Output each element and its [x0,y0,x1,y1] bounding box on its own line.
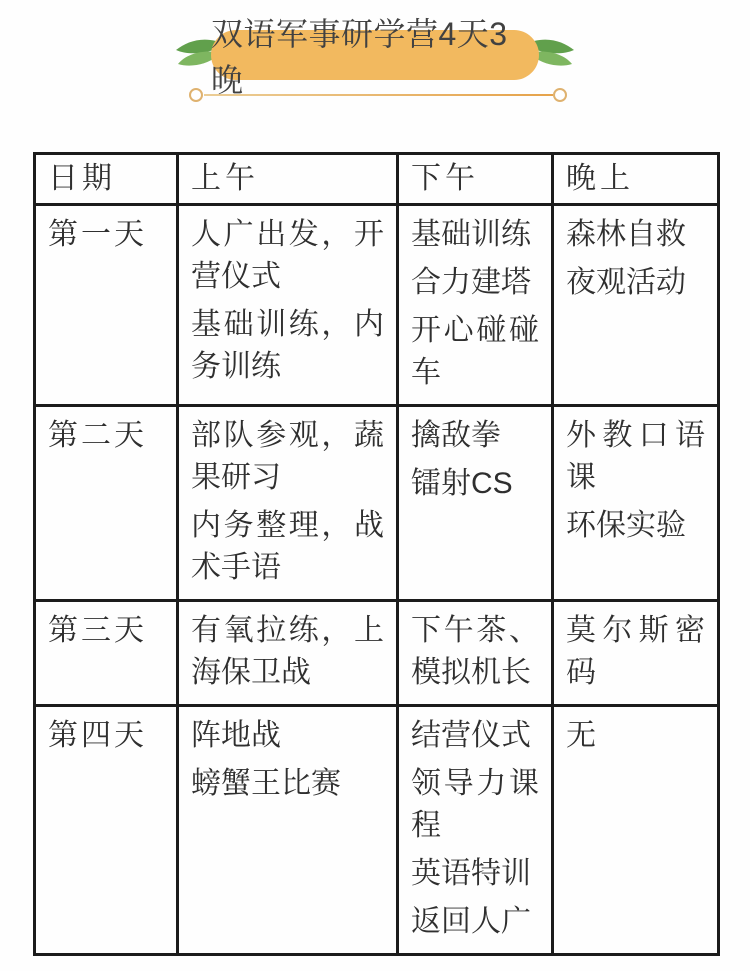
activity-item: 螃蟹王比赛 [191,763,384,805]
divider-ring-right-icon [553,88,567,102]
header-row: 日期 上午 下午 晚上 [35,154,719,205]
day-cell: 第一天 [35,205,178,406]
afternoon-cell: 下午茶、模拟机长 [398,601,553,706]
activity-item: 基础训练 [411,214,539,256]
afternoon-cell: 基础训练合力建塔开心碰碰车 [398,205,553,406]
activity-item: 下午茶、模拟机长 [411,610,539,694]
day-cell: 第三天 [35,601,178,706]
morning-cell: 人广出发，开营仪式基础训练，内务训练 [178,205,398,406]
title-banner: 双语军事研学营4天3晚 [0,0,750,152]
table-row: 第四天 阵地战螃蟹王比赛 结营仪式领导力课程英语特训返回人广 无 [35,706,719,955]
activity-item: 领导力课程 [411,763,539,847]
day-cell: 第二天 [35,406,178,601]
col-header-morning: 上午 [178,154,398,205]
evening-cell: 莫尔斯密码 [553,601,719,706]
leaf-icon [534,38,574,74]
activity-item: 返回人广 [411,901,539,943]
activity-item: 夜观活动 [566,262,705,304]
page-title: 双语军事研学营4天3晚 [211,9,539,101]
col-header-afternoon: 下午 [398,154,553,205]
activity-item: 内务整理，战术手语 [191,505,384,589]
table-row: 第三天 有氧拉练，上海保卫战 下午茶、模拟机长 莫尔斯密码 [35,601,719,706]
activity-item: 阵地战 [191,715,384,757]
activity-item: 森林自救 [566,214,705,256]
divider-ring-left-icon [189,88,203,102]
activity-item: 莫尔斯密码 [566,610,705,694]
leaf-icon [176,38,216,74]
morning-cell: 阵地战螃蟹王比赛 [178,706,398,955]
activity-item: 英语特训 [411,853,539,895]
evening-cell: 森林自救夜观活动 [553,205,719,406]
activity-item: 擒敌拳 [411,415,539,457]
activity-item: 部队参观，蔬果研习 [191,415,384,499]
schedule-table: 日期 上午 下午 晚上 第一天 人广出发，开营仪式基础训练，内务训练 基础训练合… [33,152,720,956]
morning-cell: 有氧拉练，上海保卫战 [178,601,398,706]
activity-item: 基础训练，内务训练 [191,304,384,388]
col-header-evening: 晚上 [553,154,719,205]
activity-item: 有氧拉练，上海保卫战 [191,610,384,694]
title-badge: 双语军事研学营4天3晚 [211,30,539,80]
activity-item: 环保实验 [566,505,705,547]
col-header-date: 日期 [35,154,178,205]
day-cell: 第四天 [35,706,178,955]
afternoon-cell: 结营仪式领导力课程英语特训返回人广 [398,706,553,955]
evening-cell: 无 [553,706,719,955]
morning-cell: 部队参观，蔬果研习内务整理，战术手语 [178,406,398,601]
table-row: 第二天 部队参观，蔬果研习内务整理，战术手语 擒敌拳镭射CS 外教口语课环保实验 [35,406,719,601]
activity-item: 镭射CS [411,463,539,505]
activity-item: 无 [566,715,705,757]
afternoon-cell: 擒敌拳镭射CS [398,406,553,601]
schedule-body: 第一天 人广出发，开营仪式基础训练，内务训练 基础训练合力建塔开心碰碰车 森林自… [35,205,719,955]
activity-item: 人广出发，开营仪式 [191,214,384,298]
activity-item: 外教口语课 [566,415,705,499]
evening-cell: 外教口语课环保实验 [553,406,719,601]
activity-item: 合力建塔 [411,262,539,304]
activity-item: 结营仪式 [411,715,539,757]
activity-item: 开心碰碰车 [411,310,539,394]
table-row: 第一天 人广出发，开营仪式基础训练，内务训练 基础训练合力建塔开心碰碰车 森林自… [35,205,719,406]
